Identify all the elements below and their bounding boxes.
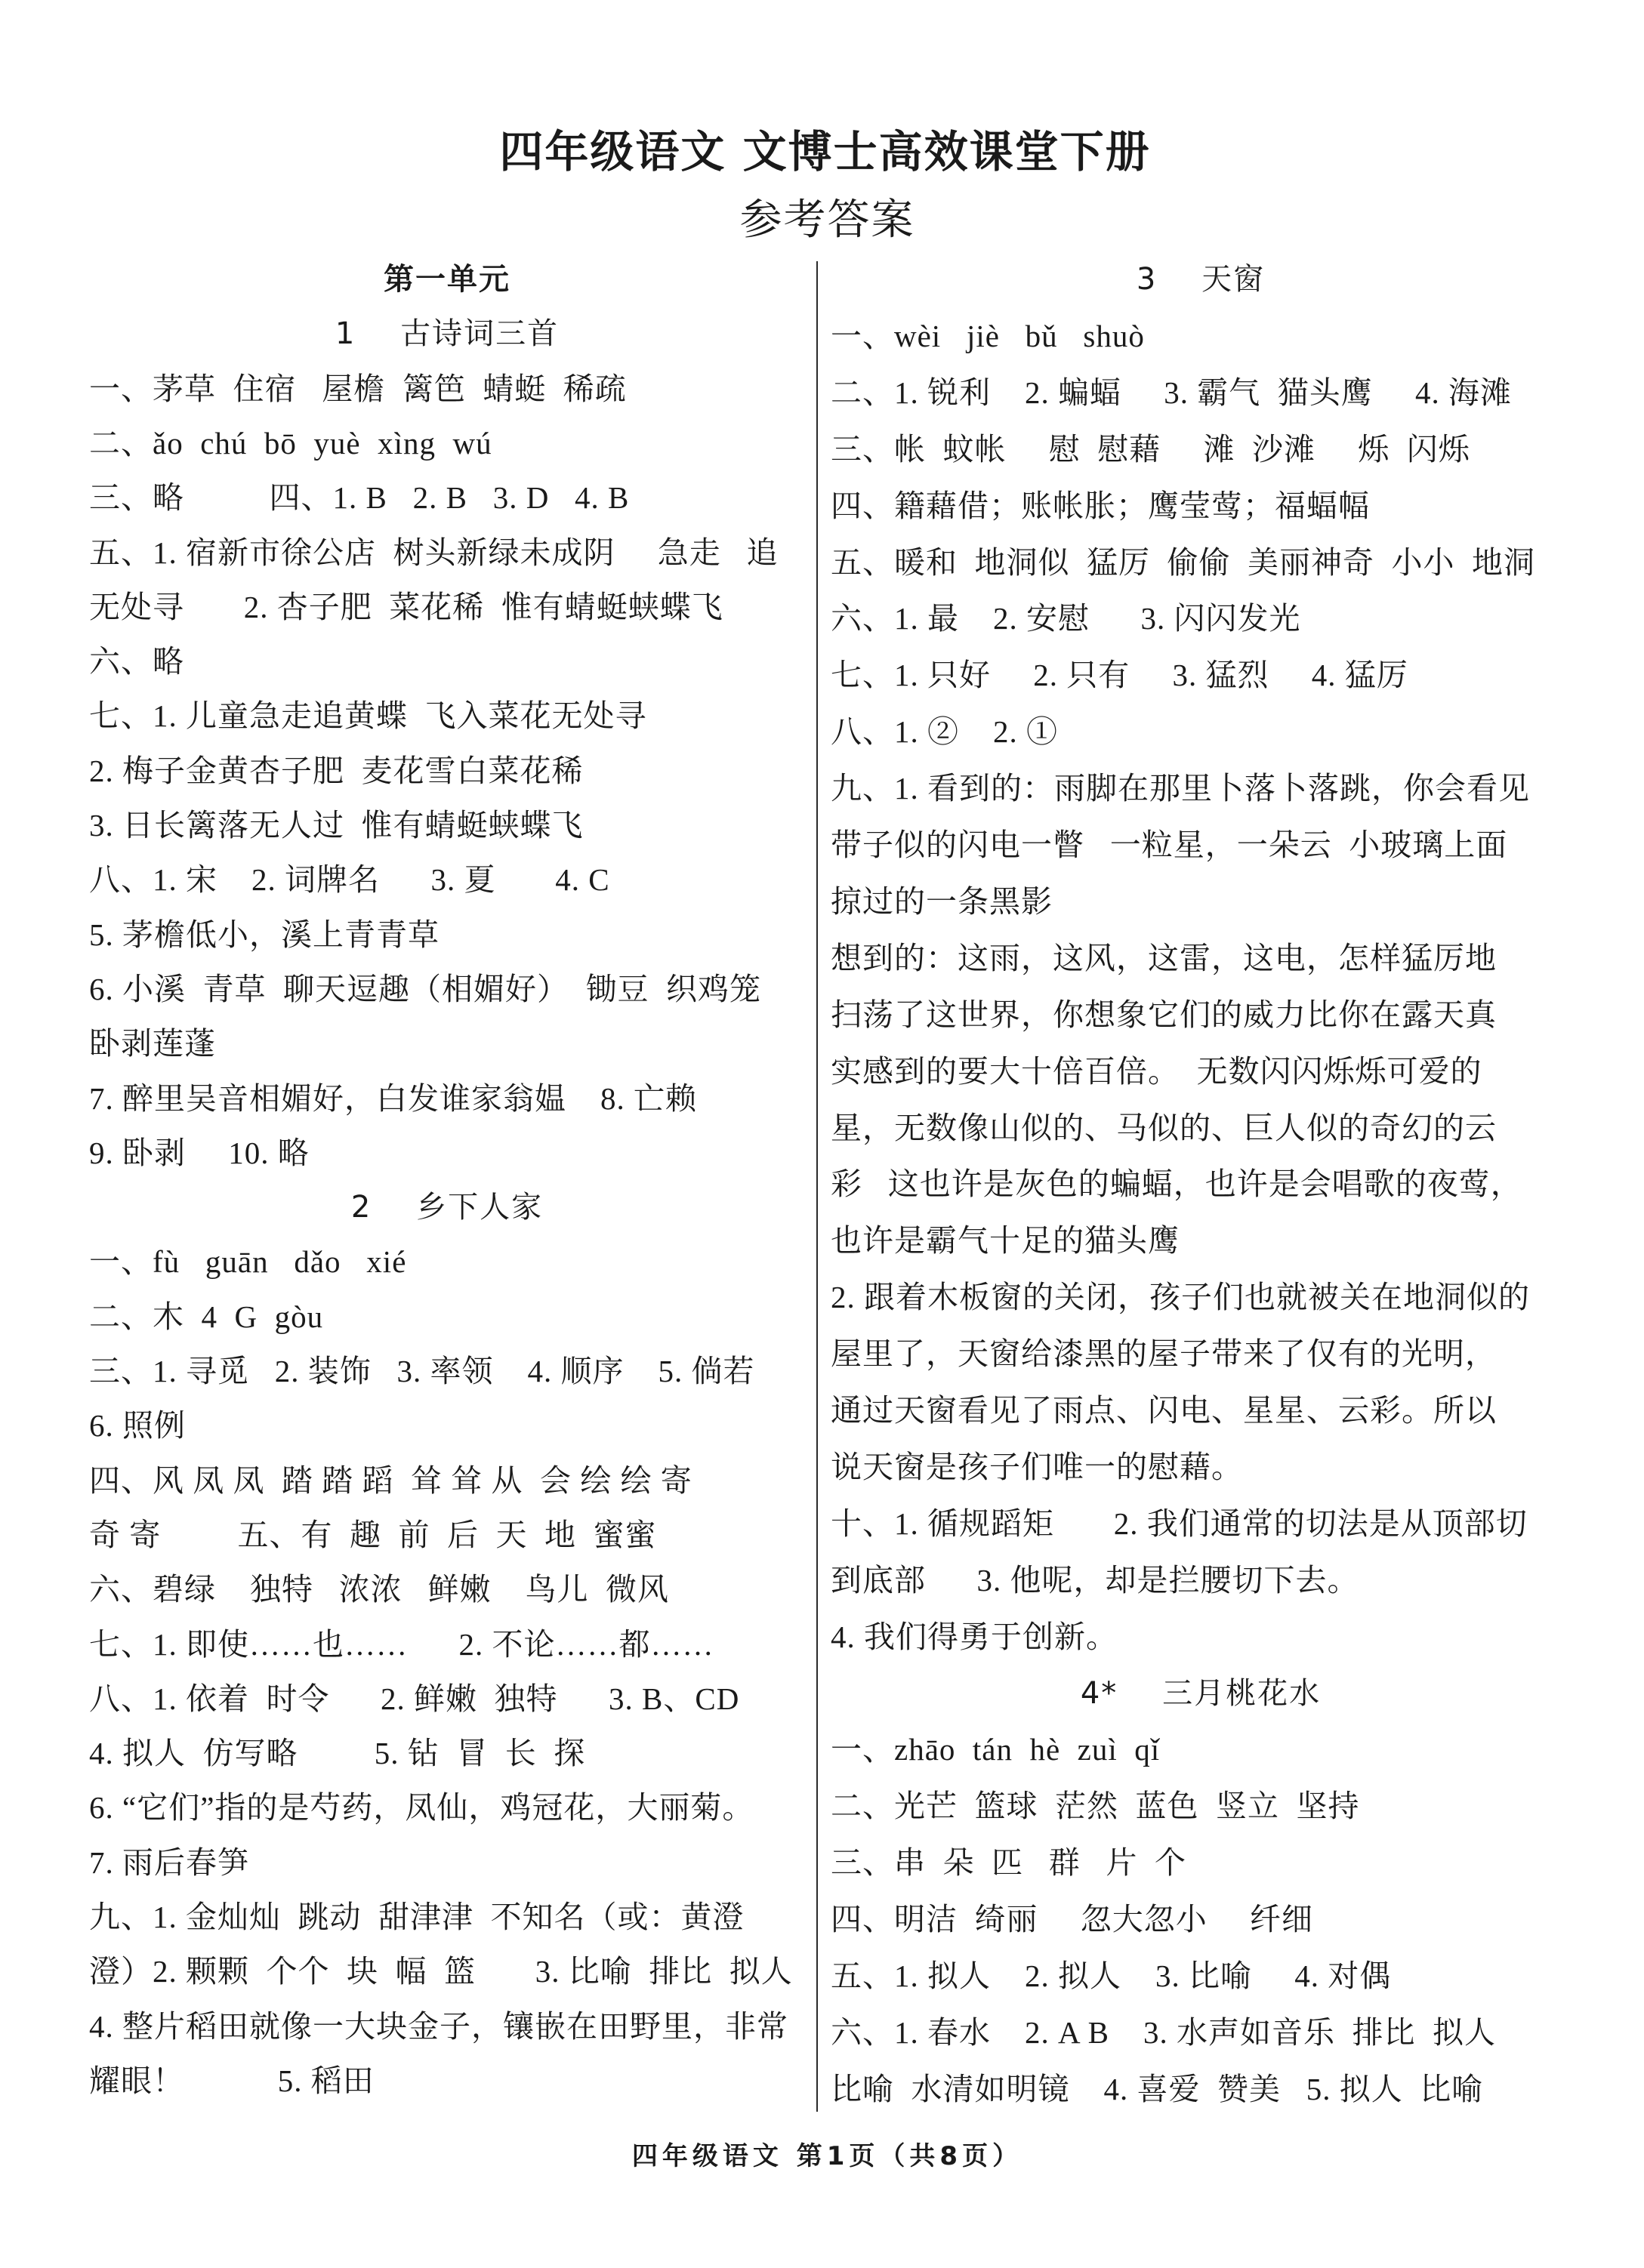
answer-line: 6. 小溪 青草 聊天逗趣（相媚好） 锄豆 织鸡笼 xyxy=(89,966,761,1012)
column-divider xyxy=(816,261,818,2112)
answer-line: 4. 整片稻田就像一大块金子，镶嵌在田野里，非常 xyxy=(89,2004,788,2049)
answer-line: 彩 这也许是灰色的蝙蝠，也许是会唱歌的夜莺， xyxy=(831,1161,1522,1206)
answer-line: 六、碧绿 独特 浓浓 鲜嫩 鸟儿 微风 xyxy=(89,1567,669,1612)
answer-line: 4. 拟人 仿写略 5. 钻 冒 长 探 xyxy=(89,1730,585,1776)
answer-line: 2. 梅子金黄杏子肥 麦花雪白菜花稀 xyxy=(89,748,584,793)
answer-line: 想到的：这雨，这风，这雷，这电，怎样猛厉地 xyxy=(831,935,1497,981)
answer-line: 比喻 水清如明镜 4. 喜爱 赞美 5. 拟人 比喻 xyxy=(831,2066,1483,2112)
answer-line: 通过天窗看见了雨点、闪电、星星、云彩。所以 xyxy=(831,1388,1497,1433)
answer-line: 三、1. 寻觅 2. 装饰 3. 率领 4. 顺序 5. 倘若 xyxy=(89,1348,755,1394)
answer-line: 7. 雨后春笋 xyxy=(89,1840,249,1885)
page-title: 四年级语文 文博士高效课堂下册 xyxy=(0,125,1644,178)
answer-line: 二、ǎo chú bō yuè xìng wú xyxy=(89,421,492,466)
answer-line: 九、1. 金灿灿 跳动 甜津津 不知名（或：黄澄 xyxy=(89,1894,745,1940)
page-footer: 四年级语文 第1页（共8页） xyxy=(0,2138,1644,2174)
section-heading: 2 乡下人家 xyxy=(89,1185,805,1230)
answer-line: 六、1. 春水 2. A B 3. 水声如音乐 排比 拟人 xyxy=(831,2010,1496,2055)
section-heading: 4* 三月桃花水 xyxy=(831,1671,1571,1716)
answer-line: 澄）2. 颗颗 个个 块 幅 篮 3. 比喻 排比 拟人 xyxy=(89,1949,793,1994)
answer-line: 带子似的闪电一瞥 一粒星，一朵云 小玻璃上面 xyxy=(831,822,1507,867)
answer-line: 4. 我们得勇于创新。 xyxy=(831,1614,1118,1659)
answer-line: 7. 醉里吴音相媚好，白发谁家翁媪 8. 亡赖 xyxy=(89,1076,697,1121)
page-subtitle: 参考答案 xyxy=(0,192,1644,249)
answer-line: 五、暖和 地洞似 猛厉 偷偷 美丽神奇 小小 地洞 xyxy=(831,540,1535,585)
answer-line: 到底部 3. 他呢，却是拦腰切下去。 xyxy=(831,1558,1359,1603)
answer-line: 六、略 xyxy=(89,639,184,684)
answer-line: 6. 照例 xyxy=(89,1403,186,1448)
answer-line: 八、1. 依着 时令 2. 鲜嫩 独特 3. B、CD xyxy=(89,1676,739,1721)
answer-line: 四、风 凤 凤 踏 踏 蹈 耸 耸 从 会 绘 绘 寄 xyxy=(89,1458,692,1503)
answer-line: 三、帐 蚊帐 慰 慰藉 滩 沙滩 烁 闪烁 xyxy=(831,427,1470,472)
answer-line: 一、茅草 住宿 屋檐 篱笆 蜻蜓 稀疏 xyxy=(89,366,627,411)
answer-line: 四、明洁 绮丽 忽大忽小 纤细 xyxy=(831,1897,1313,1942)
answer-line: 五、1. 拟人 2. 拟人 3. 比喻 4. 对偶 xyxy=(831,1953,1391,1998)
answer-line: 六、1. 最 2. 安慰 3. 闪闪发光 xyxy=(831,596,1301,641)
answer-line: 5. 茅檐低小，溪上青青草 xyxy=(89,912,440,957)
answer-line: 2. 跟着木板窗的关闭，孩子们也就被关在地洞似的 xyxy=(831,1274,1530,1320)
answer-line: 一、zhāo tán hè zuì qǐ xyxy=(831,1727,1160,1772)
answer-line: 七、1. 即使……也…… 2. 不论……都…… xyxy=(89,1622,714,1667)
answer-line: 一、wèi jiè bǔ shuò xyxy=(831,313,1145,359)
answer-line: 二、木 4 G gòu xyxy=(89,1294,323,1339)
section-heading: 3 天窗 xyxy=(831,257,1571,302)
answer-line: 实感到的要大十倍百倍。 无数闪闪烁烁可爱的 xyxy=(831,1049,1482,1094)
answer-line: 三、略 四、1. B 2. B 3. D 4. B xyxy=(89,475,629,520)
answer-line: 七、1. 只好 2. 只有 3. 猛烈 4. 猛厉 xyxy=(831,652,1408,698)
answer-line: 说天窗是孩子们唯一的慰藉。 xyxy=(831,1444,1243,1490)
answer-line: 十、1. 循规蹈矩 2. 我们通常的切法是从顶部切 xyxy=(831,1501,1528,1546)
answer-line: 九、1. 看到的：雨脚在那里卜落卜落跳，你会看见 xyxy=(831,766,1530,811)
answer-line: 五、1. 宿新市徐公店 树头新绿未成阴 急走 追 xyxy=(89,530,779,575)
section-heading: 1 古诗词三首 xyxy=(89,311,805,356)
answer-line: 卧剥莲蓬 xyxy=(89,1021,216,1066)
answer-line: 星，无数像山似的、马似的、巨人似的奇幻的云 xyxy=(831,1105,1497,1151)
section-heading: 第一单元 xyxy=(89,257,805,302)
answer-line: 也许是霸气十足的猫头鹰 xyxy=(831,1218,1180,1263)
answer-line: 二、光芒 篮球 茫然 蓝色 竖立 坚持 xyxy=(831,1783,1360,1829)
answer-line: 9. 卧剥 10. 略 xyxy=(89,1130,310,1176)
answer-line: 三、串 朵 匹 群 片 个 xyxy=(831,1840,1186,1885)
answer-line: 3. 日长篱落无人过 惟有蜻蜓蛱蝶飞 xyxy=(89,803,584,848)
answer-line: 七、1. 儿童急走追黄蝶 飞入菜花无处寻 xyxy=(89,693,647,738)
answer-line: 扫荡了这世界，你想象它们的威力比你在露天真 xyxy=(831,992,1497,1037)
answer-line: 屋里了，天窗给漆黑的屋子带来了仅有的光明， xyxy=(831,1331,1497,1376)
answer-line: 二、1. 锐利 2. 蝙蝠 3. 霸气 猫头鹰 4. 海滩 xyxy=(831,370,1512,415)
answer-line: 八、1. 宋 2. 词牌名 3. 夏 4. C xyxy=(89,857,610,902)
answer-line: 八、1. ② 2. ① xyxy=(831,709,1058,754)
answer-line: 掠过的一条黑影 xyxy=(831,879,1053,924)
answer-line: 耀眼！ 5. 稻田 xyxy=(89,2058,375,2103)
answer-line: 四、籍藉借；账帐胀；鹰莹莺；福蝠幅 xyxy=(831,483,1370,528)
answer-line: 一、fù guān dǎo xié xyxy=(89,1239,406,1284)
answer-line: 奇 寄 五、有 趣 前 后 天 地 蜜蜜 xyxy=(89,1512,657,1558)
answer-line: 无处寻 2. 杏子肥 菜花稀 惟有蜻蜓蛱蝶飞 xyxy=(89,584,723,630)
answer-line: 6. “它们”指的是芍药，凤仙，鸡冠花，大丽菊。 xyxy=(89,1785,754,1830)
